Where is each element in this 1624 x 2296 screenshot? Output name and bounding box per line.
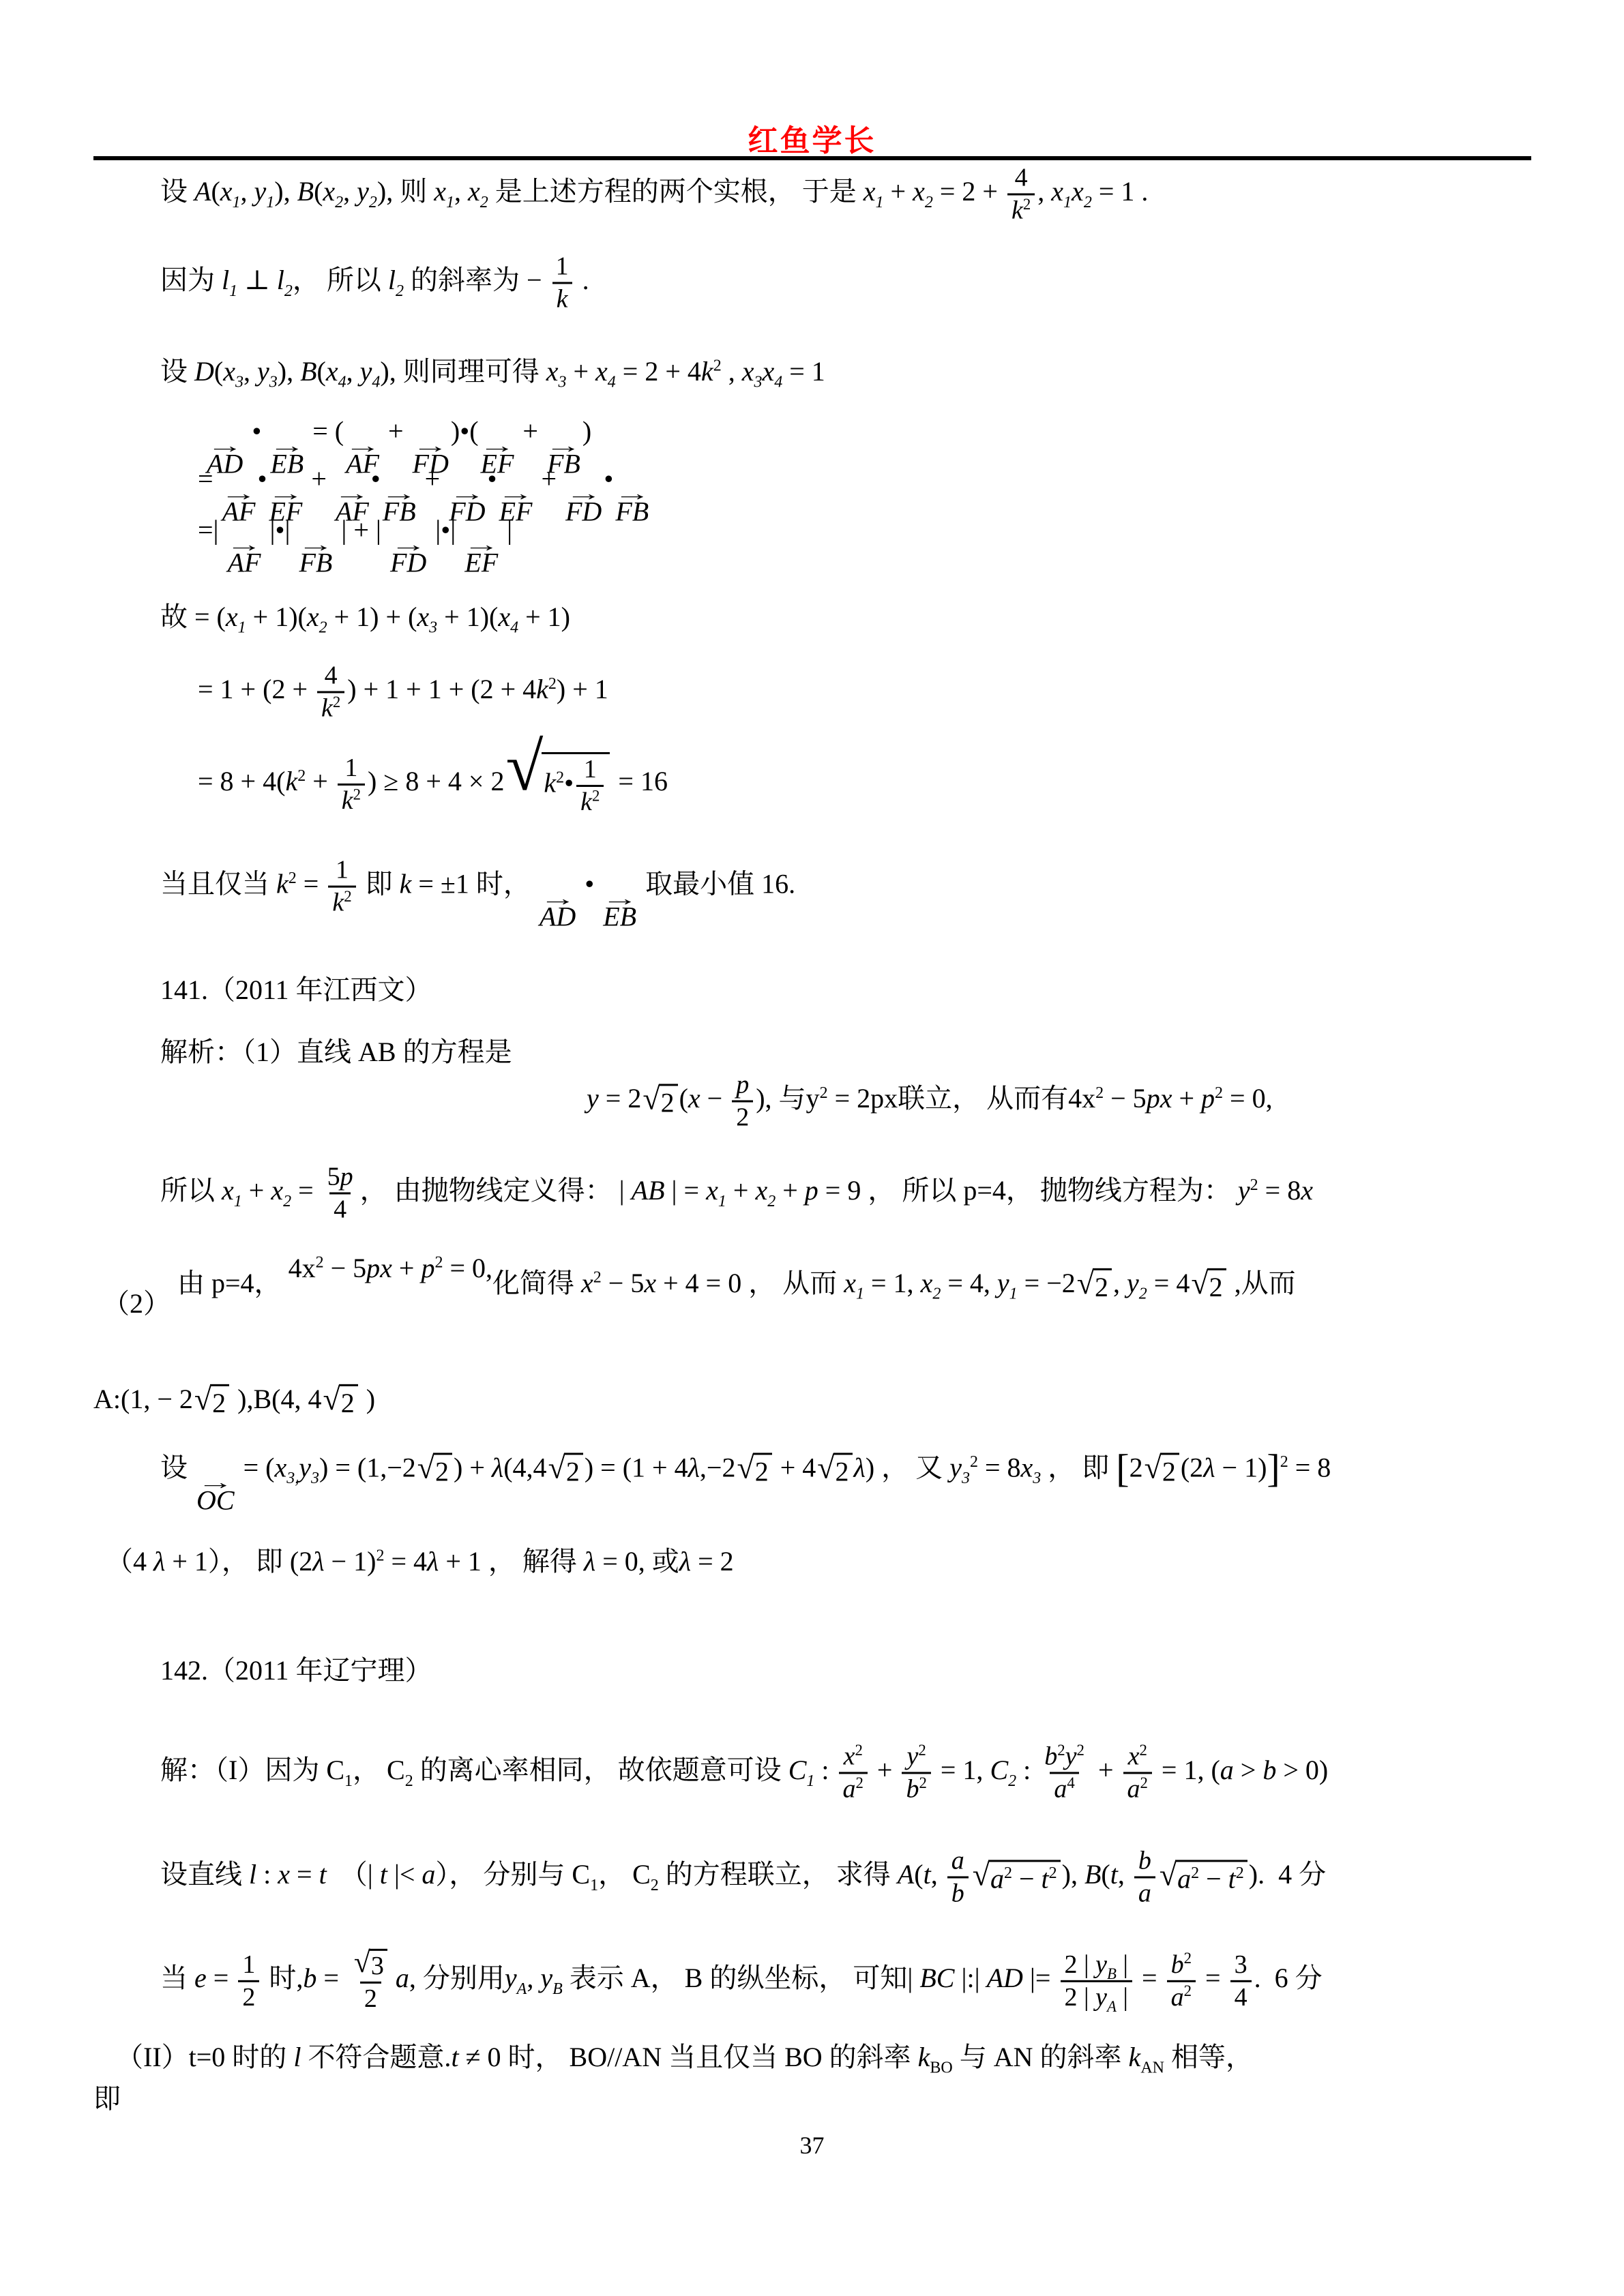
line-set-A-B-roots: 设 A(x1, y1), B(x2, y2), 则 x1, x2 是上述方程的两… <box>160 164 1148 224</box>
heading-problem-142: 142.（2011 年辽宁理） <box>160 1655 432 1686</box>
line-zhixian-142: 设直线 l : x = t （| t |< a）， 分别与 C1， C2 的方程… <box>160 1847 1326 1907</box>
line-part2-simplify: （2） 由 p=4， 4x2 − 5px + p2 = 0,化简得 x2 − 5… <box>102 1268 1296 1303</box>
heading-problem-141: 141.（2011 年江西文） <box>160 974 432 1006</box>
line-ji: 即 <box>93 2083 121 2115</box>
page-number: 37 <box>0 2131 1624 2160</box>
line-eq-amgm-16: = 8 + 4(k2 + 1k2) ≥ 8 + 4 × 2√k2•1k2 = 1… <box>198 752 668 816</box>
header-divider-rule <box>93 156 1531 160</box>
line-part-II-142: （II）t=0 时的 l 不符合题意.t ≠ 0 时， BO//AN 当且仅当 … <box>116 2042 1253 2073</box>
page-header-title: 红鱼学长 <box>0 116 1624 160</box>
line-jie-142-ellipses: 解：（I）因为 C1， C2 的离心率相同， 故依题意可设 C1 : x2a2 … <box>160 1742 1328 1803</box>
line-eq-sum-terms: = 1 + (2 + 4k2) + 1 + 1 + (2 + 4k2) + 1 <box>198 661 608 722</box>
line-dang-e-142: 当 e = 12 时,b = √32a, 分别用yA, yB 表示 A， B 的… <box>160 1949 1323 2013</box>
line-lambda-solve: （4 λ + 1）， 即 (2λ − 1)2 = 4λ + 1 ， 解得 λ =… <box>106 1546 734 1577</box>
line-vector-dot-expand-3: =| →AF |•| →FB | + | →FD |•| →EF | <box>198 515 512 577</box>
line-set-D-B-roots: 设 D(x3, y3), B(x4, y4), 则同理可得 x3 + x4 = … <box>160 356 825 387</box>
line-vector-OC: 设 →OC = (x3,y3) = (1,−2√2) + λ(4,4√2) = … <box>160 1452 1331 1515</box>
line-perpendicular-slope: 因为 l1 ⊥ l2， 所以 l2 的斜率为 − 1k . <box>160 252 589 313</box>
line-gu-product: 故 = (x1 + 1)(x2 + 1) + (x3 + 1)(x4 + 1) <box>160 601 570 633</box>
line-suoyi-parabola: 所以 x1 + x2 = 5p4， 由抛物线定义得： | AB | = x1 +… <box>160 1163 1313 1223</box>
line-formula-141-line-AB: y = 2√2(x − p2), 与y2 = 2px联立， 从而有4x2 − 5… <box>587 1071 1273 1131</box>
line-jiexi-141: 解析：（1）直线 AB 的方程是 <box>160 1037 512 1068</box>
line-equality-condition: 当且仅当 k2 = 1k2 即 k = ±1 时， →AD • →EB 取最小值… <box>160 856 795 931</box>
document-page: 红鱼学长 设 A(x1, y1), B(x2, y2), 则 x1, x2 是上… <box>0 0 1624 2296</box>
line-points-A-B: A:(1, − 2√2 ),B(4, 4√2 ) <box>93 1384 375 1419</box>
